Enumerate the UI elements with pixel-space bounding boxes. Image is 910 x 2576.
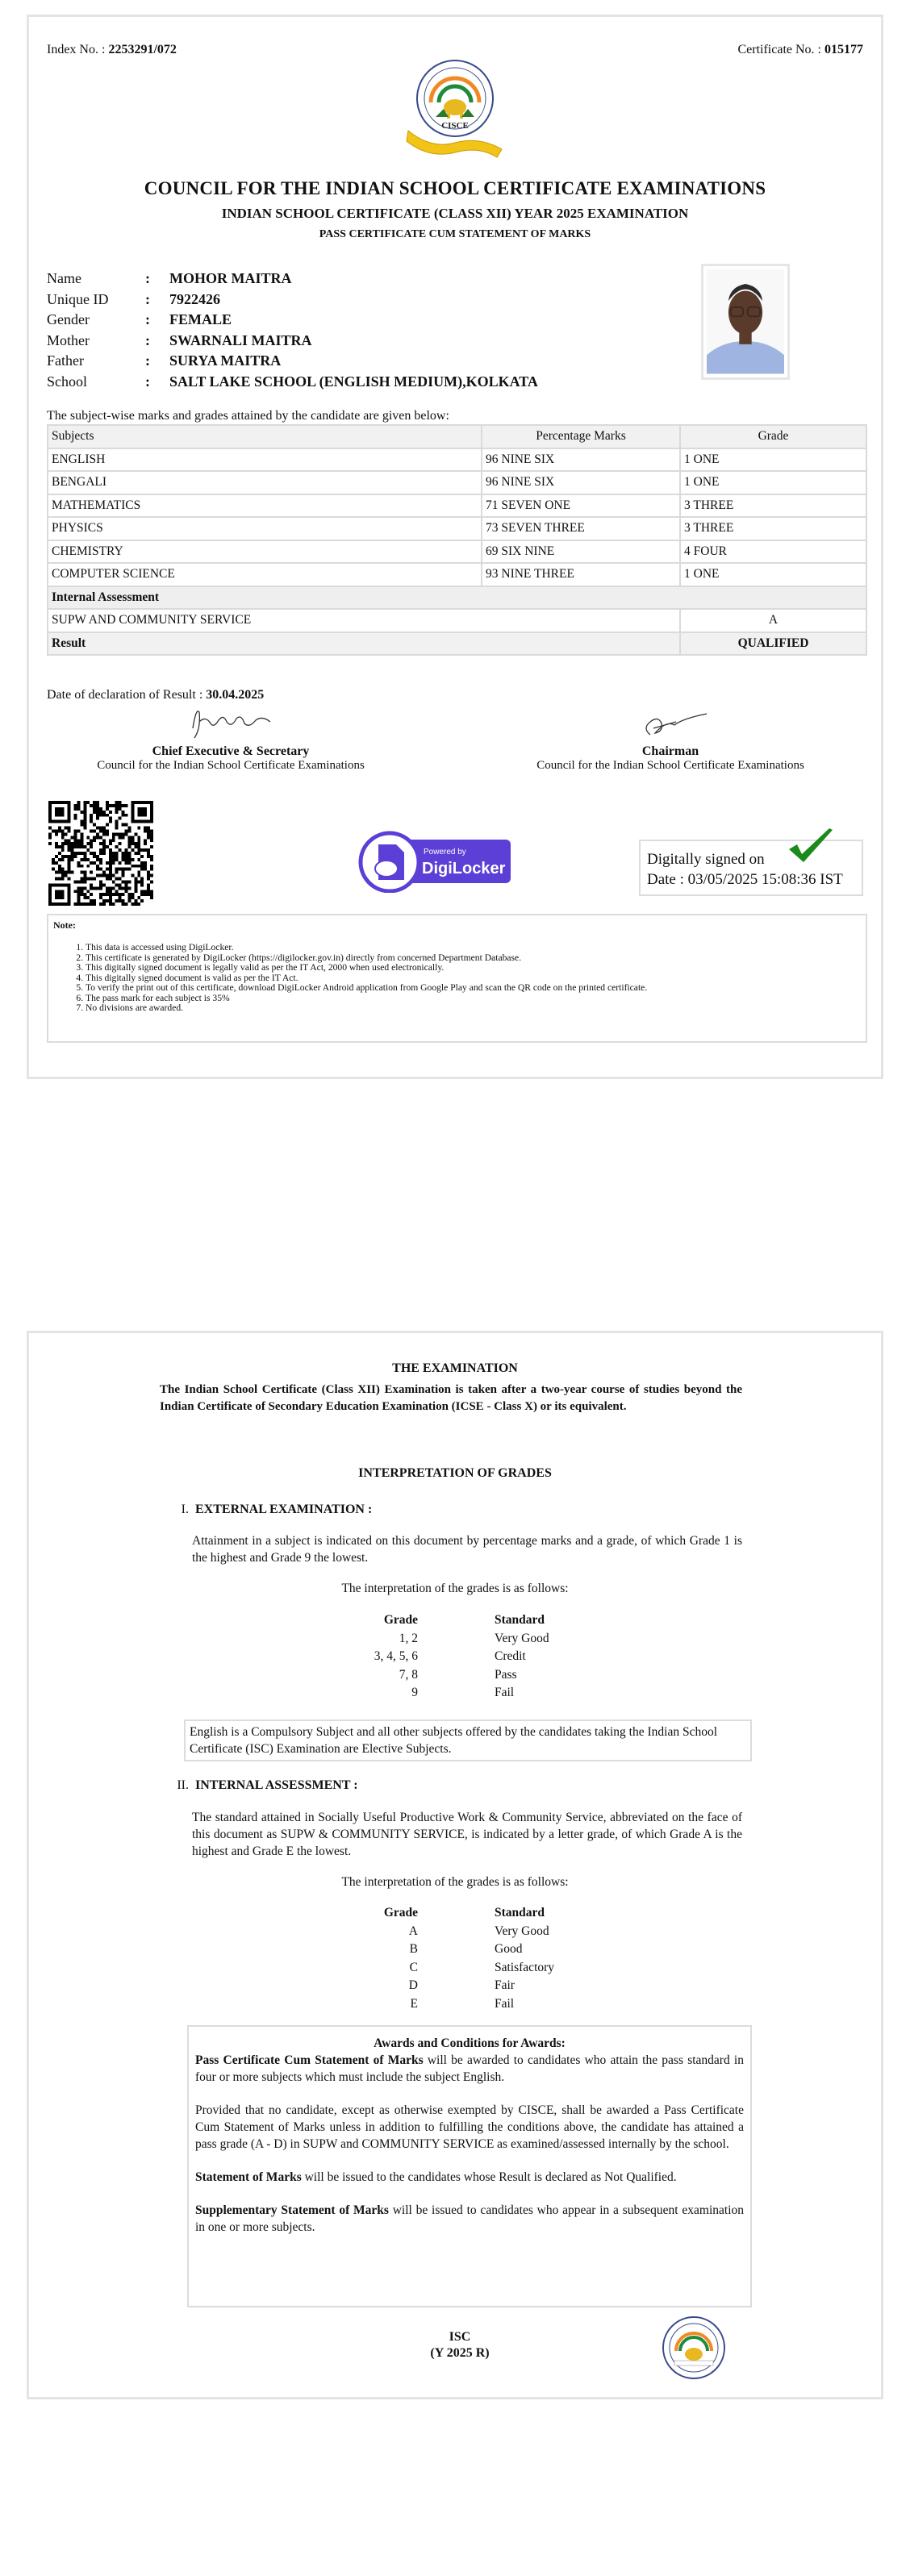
signatory-title: Chairman: [481, 744, 860, 759]
awards-term: Supplementary Statement of Marks: [195, 2203, 389, 2217]
signature-icon: [481, 704, 860, 741]
examination-description: The Indian School Certificate (Class XII…: [160, 1382, 742, 1415]
grade-cell: 4 FOUR: [680, 540, 866, 564]
colon: :: [145, 290, 169, 311]
standard-value: Very Good: [495, 1923, 549, 1941]
qr-code-icon[interactable]: [48, 801, 153, 906]
declaration-date: Date of declaration of Result : 30.04.20…: [47, 688, 264, 702]
field-label: Gender: [47, 310, 145, 331]
interpretation-heading: INTERPRETATION OF GRADES: [0, 1466, 910, 1481]
gender: FEMALE: [169, 310, 232, 331]
grade-value: E: [315, 1995, 418, 2014]
awards-term: Pass Certificate Cum Statement of Marks: [195, 2053, 424, 2067]
marks-cell: 73 SEVEN THREE: [482, 517, 680, 540]
subject-cell: COMPUTER SCIENCE: [48, 563, 482, 586]
grade-value: 3, 4, 5, 6: [315, 1648, 418, 1666]
grade-row: 3, 4, 5, 6Credit: [315, 1648, 549, 1666]
mother-row: Mother:SWARNALI MAITRA: [47, 331, 538, 352]
colon: :: [145, 269, 169, 290]
awards-title: Awards and Conditions for Awards:: [195, 2035, 744, 2052]
signatory-org: Council for the Indian School Certificat…: [481, 759, 860, 773]
standard-value: Pass: [495, 1666, 517, 1685]
subject-cell: BENGALI: [48, 471, 482, 494]
note-box: Note: This data is accessed using DigiLo…: [47, 914, 867, 1043]
grade-value: A: [315, 1923, 418, 1941]
awards-statement-of-marks: Statement of Marks will be issued to the…: [195, 2169, 744, 2186]
marks-cell: 69 SIX NINE: [482, 540, 680, 564]
document-type: PASS CERTIFICATE CUM STATEMENT OF MARKS: [29, 228, 881, 241]
internal-assessment-description: The standard attained in Socially Useful…: [192, 1809, 742, 1860]
signatory-org: Council for the Indian School Certificat…: [61, 759, 400, 773]
candidate-photo: [701, 264, 790, 380]
table-row: CHEMISTRY 69 SIX NINE 4 FOUR: [48, 540, 866, 564]
gender-row: Gender:FEMALE: [47, 310, 538, 331]
internal-assessment-section-heading: II.INTERNAL ASSESSMENT :: [169, 1778, 358, 1793]
colon: :: [145, 372, 169, 393]
note-item: To verify the print out of this certific…: [86, 983, 861, 994]
cisce-seal-icon: [662, 2315, 726, 2380]
standard-value: Satisfactory: [495, 1959, 554, 1978]
signature-chairman: Chairman Council for the Indian School C…: [481, 704, 860, 773]
grade-value: C: [315, 1959, 418, 1978]
person-icon: [707, 269, 784, 374]
awards-term: Statement of Marks: [195, 2170, 302, 2184]
grade-header: Grade: [315, 1904, 418, 1923]
colon: :: [145, 331, 169, 352]
table-row: PHYSICS 73 SEVEN THREE 3 THREE: [48, 517, 866, 540]
grade-cell: 1 ONE: [680, 563, 866, 586]
column-header-grade: Grade: [680, 425, 866, 448]
grade-cell: 1 ONE: [680, 471, 866, 494]
table-header-row: Subjects Percentage Marks Grade: [48, 425, 866, 448]
standard-header: Standard: [495, 1611, 545, 1630]
marks-cell: 96 NINE SIX: [482, 448, 680, 472]
grade-row: DFair: [315, 1977, 554, 1995]
table-row: MATHEMATICS 71 SEVEN ONE 3 THREE: [48, 494, 866, 518]
svg-text:CISCE: CISCE: [441, 121, 469, 131]
cisce-logo-icon: CISCE: [29, 54, 881, 167]
internal-assessment-heading-row: Internal Assessment: [48, 586, 866, 610]
awards-conditions-box: Awards and Conditions for Awards: Pass C…: [187, 2025, 752, 2307]
father-row: Father:SURYA MAITRA: [47, 351, 538, 372]
grade-cell: 3 THREE: [680, 517, 866, 540]
standard-header: Standard: [495, 1904, 545, 1923]
svg-text:DigiLocker: DigiLocker: [422, 860, 506, 877]
signature-chief-executive: Chief Executive & Secretary Council for …: [61, 704, 400, 773]
digilocker-badge[interactable]: Powered by DigiLocker: [356, 828, 517, 893]
grade-value: 9: [315, 1684, 418, 1703]
grade-value: B: [315, 1940, 418, 1959]
table-row: ENGLISH 96 NINE SIX 1 ONE: [48, 448, 866, 472]
footer-line-1: ISC: [403, 2329, 516, 2345]
standard-value: Fail: [495, 1684, 514, 1703]
marks-table: Subjects Percentage Marks Grade ENGLISH …: [47, 424, 867, 656]
internal-subject-cell: SUPW AND COMMUNITY SERVICE: [48, 609, 680, 632]
external-exam-description: Attainment in a subject is indicated on …: [192, 1532, 742, 1566]
marks-intro-text: The subject-wise marks and grades attain…: [47, 409, 449, 423]
note-item: The pass mark for each subject is 35%: [86, 994, 861, 1004]
grade-cell: 1 ONE: [680, 448, 866, 472]
grade-row: 7, 8Pass: [315, 1666, 549, 1685]
declaration-value: 30.04.2025: [206, 688, 264, 702]
subject-cell: PHYSICS: [48, 517, 482, 540]
standard-value: Credit: [495, 1648, 526, 1666]
marks-cell: 93 NINE THREE: [482, 563, 680, 586]
signature-icon: [61, 704, 400, 741]
grade-value: 1, 2: [315, 1630, 418, 1649]
mother-name: SWARNALI MAITRA: [169, 331, 312, 352]
field-label: School: [47, 372, 145, 393]
internal-assessment-heading: Internal Assessment: [48, 586, 866, 610]
field-label: Unique ID: [47, 290, 145, 311]
unique-id: 7922426: [169, 290, 220, 311]
marks-cell: 96 NINE SIX: [482, 471, 680, 494]
external-interpretation-line: The interpretation of the grades is as f…: [0, 1582, 910, 1596]
candidate-name: MOHOR MAITRA: [169, 269, 292, 290]
candidate-name-row: Name:MOHOR MAITRA: [47, 269, 538, 290]
grade-table-header: GradeStandard: [315, 1904, 554, 1923]
note-item: No divisions are awarded.: [86, 1003, 861, 1014]
field-label: Father: [47, 351, 145, 372]
colon: :: [145, 310, 169, 331]
grade-row: EFail: [315, 1995, 554, 2014]
awards-supplementary: Supplementary Statement of Marks will be…: [195, 2202, 744, 2236]
result-label: Result: [48, 632, 680, 656]
standard-value: Fail: [495, 1995, 514, 2014]
unique-id-row: Unique ID:7922426: [47, 290, 538, 311]
note-title: Note:: [53, 919, 861, 932]
table-row: COMPUTER SCIENCE 93 NINE THREE 1 ONE: [48, 563, 866, 586]
section-title: INTERNAL ASSESSMENT :: [195, 1778, 358, 1792]
grade-row: 1, 2Very Good: [315, 1630, 549, 1649]
checkmark-icon: [786, 827, 834, 864]
section-number: I.: [169, 1503, 189, 1517]
examination-heading: THE EXAMINATION: [0, 1361, 910, 1376]
school-name: SALT LAKE SCHOOL (ENGLISH MEDIUM),KOLKAT…: [169, 372, 538, 393]
grade-table-header: GradeStandard: [315, 1611, 549, 1630]
awards-text: will be issued to the candidates whose R…: [302, 2170, 677, 2184]
grade-value: 7, 8: [315, 1666, 418, 1685]
standard-value: Very Good: [495, 1630, 549, 1649]
signed-date: Date : 03/05/2025 15:08:36 IST: [647, 869, 855, 890]
subject-cell: MATHEMATICS: [48, 494, 482, 518]
digital-signature-box: Digitally signed on Date : 03/05/2025 15…: [639, 840, 863, 896]
standard-value: Fair: [495, 1977, 515, 1995]
council-title: COUNCIL FOR THE INDIAN SCHOOL CERTIFICAT…: [29, 178, 881, 199]
table-row: BENGALI 96 NINE SIX 1 ONE: [48, 471, 866, 494]
field-label: Name: [47, 269, 145, 290]
internal-interpretation-line: The interpretation of the grades is as f…: [0, 1875, 910, 1890]
internal-assessment-row: SUPW AND COMMUNITY SERVICE A: [48, 609, 866, 632]
colon: :: [145, 351, 169, 372]
grade-value: D: [315, 1977, 418, 1995]
grade-row: 9Fail: [315, 1684, 549, 1703]
grade-cell: 3 THREE: [680, 494, 866, 518]
signatory-title: Chief Executive & Secretary: [61, 744, 400, 759]
exam-title: INDIAN SCHOOL CERTIFICATE (CLASS XII) YE…: [29, 206, 881, 222]
grade-row: BGood: [315, 1940, 554, 1959]
subject-cell: ENGLISH: [48, 448, 482, 472]
certificate-page-1: Index No. : 2253291/072 Certificate No. …: [27, 15, 883, 1079]
internal-grade-table: GradeStandard AVery Good BGood CSatisfac…: [315, 1904, 554, 2013]
external-exam-heading: I.EXTERNAL EXAMINATION :: [169, 1503, 372, 1517]
field-label: Mother: [47, 331, 145, 352]
note-item: This data is accessed using DigiLocker.: [86, 943, 861, 953]
awards-pass-certificate: Pass Certificate Cum Statement of Marks …: [195, 2052, 744, 2086]
result-row: Result QUALIFIED: [48, 632, 866, 656]
external-grade-table: GradeStandard 1, 2Very Good 3, 4, 5, 6Cr…: [315, 1611, 549, 1703]
note-item: This digitally signed document is legall…: [86, 963, 861, 973]
result-value: QUALIFIED: [680, 632, 866, 656]
internal-grade-cell: A: [680, 609, 866, 632]
candidate-details: Name:MOHOR MAITRA Unique ID:7922426 Gend…: [47, 269, 538, 392]
standard-value: Good: [495, 1940, 522, 1959]
subject-cell: CHEMISTRY: [48, 540, 482, 564]
awards-proviso: Provided that no candidate, except as ot…: [195, 2102, 744, 2153]
declaration-label: Date of declaration of Result :: [47, 688, 202, 702]
father-name: SURYA MAITRA: [169, 351, 281, 372]
school-row: School:SALT LAKE SCHOOL (ENGLISH MEDIUM)…: [47, 372, 538, 393]
footer-line-2: (Y 2025 R): [403, 2345, 516, 2361]
section-title: EXTERNAL EXAMINATION :: [195, 1503, 372, 1516]
grade-row: CSatisfactory: [315, 1959, 554, 1978]
column-header-marks: Percentage Marks: [482, 425, 680, 448]
footer-code: ISC (Y 2025 R): [403, 2329, 516, 2361]
grade-row: AVery Good: [315, 1923, 554, 1941]
marks-cell: 71 SEVEN ONE: [482, 494, 680, 518]
grade-header: Grade: [315, 1611, 418, 1630]
note-list: This data is accessed using DigiLocker. …: [86, 943, 861, 1014]
section-number: II.: [169, 1778, 189, 1793]
column-header-subjects: Subjects: [48, 425, 482, 448]
english-compulsory-note: English is a Compulsory Subject and all …: [184, 1719, 752, 1761]
svg-text:Powered by: Powered by: [424, 848, 466, 857]
